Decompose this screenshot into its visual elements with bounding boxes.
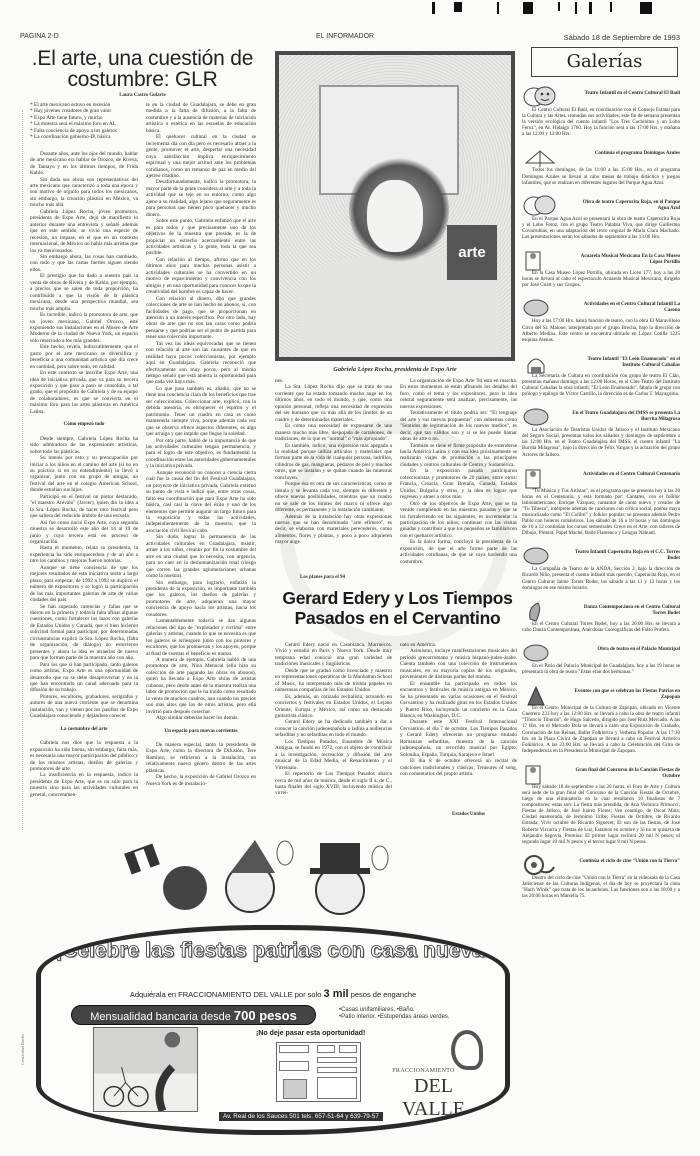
- listing-item: Eventos con que se celebran las Fiestas …: [522, 683, 680, 754]
- listing-text: El Centro Cultural El Baúl, en coordinac…: [522, 107, 680, 137]
- paragraph: El quehacer cultural en la ciudad se inc…: [146, 134, 256, 179]
- listing-text: Hoy sábado 18 de septiembre a las 20 hor…: [522, 784, 680, 845]
- listing-text: Dentro del ciclo de cine "Unión con la T…: [522, 875, 680, 899]
- paragraph: También se tiene el firme propósito de e…: [400, 443, 517, 469]
- galerias-listings: Teatro Infantil en el Centro Cultural El…: [522, 85, 680, 907]
- second-article-column-2: nato en América. Asimismo, incluye manif…: [400, 642, 517, 778]
- paragraph: Así fue como nació Expo Arte, cuya segun…: [30, 520, 138, 546]
- paragraph: Tentativamente el título podría ser: "El…: [400, 410, 517, 442]
- page-header: PAGINA 2-D EL INFORMADOR Sábado 18 de Se…: [20, 33, 680, 47]
- theater-masks-icon: [522, 194, 558, 218]
- second-article-column-1: Gerard Edery nació en Casablanca, Marrue…: [275, 642, 392, 797]
- paragraph: Sin embargo ahora, las cosas han cambiad…: [30, 254, 138, 273]
- building-dome-icon: [522, 351, 558, 375]
- arte-sign: arte: [447, 225, 497, 280]
- feature-line: •Casas unifamiliares. •Baño.: [339, 1007, 450, 1014]
- paragraph: El ensamble ha participado en todos los …: [400, 681, 517, 720]
- paragraph: Desafortunadamente, indicó la promotora,…: [146, 179, 256, 218]
- listing-text: En la Casa Museo López Portillo, ubicada…: [522, 270, 680, 288]
- ad-design-credit: Creatividad Diseño: [20, 1034, 25, 1065]
- folk-dancer-icon: [522, 683, 558, 707]
- bicycle-icon: [94, 1028, 197, 1111]
- listing-item: Actividades en el Centro Cultural Centen…: [522, 466, 680, 537]
- article-headline: .El arte, una cuestión de costumbre: GLR: [30, 48, 255, 90]
- listing-text: La Asociación de Teatristas Unidos de Ja…: [522, 427, 680, 457]
- paragraph: Es increíble, indicó la promotora de art…: [30, 312, 138, 344]
- paragraph: Participó en el festival un pintor desta…: [30, 494, 138, 520]
- listing-item: En el Teatro Guadalajara del IMSS se pre…: [522, 405, 680, 457]
- feature-line: •Patio interior. •Estupendas áreas verde…: [339, 1014, 450, 1021]
- listing-text: La Compañía de Teatro de la ANDA, Secció…: [522, 566, 680, 590]
- listing-text: "Tu Música y Tus Artistas", es el progra…: [522, 488, 680, 537]
- listing-item: Danza Contemporánea en el Centro Cultura…: [522, 599, 680, 633]
- paragraph: Porque ésa es otra de sus característica…: [275, 481, 392, 513]
- paragraph: Por otra parte, habló de la importancia …: [146, 438, 256, 470]
- listing-item: Continúa el ciclo de cine "Unión con la …: [522, 853, 680, 899]
- paragraph: A manera de ejemplo, Gabriela habló de u…: [146, 657, 256, 715]
- fold-dots: [22, 110, 23, 830]
- paragraph: En este contexto se inscribe Expo Arte, …: [30, 370, 138, 415]
- listing-text: La Secretaría de Cultura en coordinación…: [522, 373, 680, 397]
- listing-item: Gran final del Concurso de la Canción Fi…: [522, 762, 680, 845]
- paragraph: Lamentablemente todavía se dan algunas r…: [146, 618, 256, 657]
- paragraph: Es también, indicó, una expresión más ap…: [275, 443, 392, 482]
- logo-title: DEL VALLE: [381, 1075, 486, 1121]
- paragraph: Es como una necesidad de expresarse de u…: [275, 423, 392, 442]
- listing-item: Actividades en el Centro Cultural Infant…: [522, 296, 680, 342]
- listing-text: Hoy a las 17:00 Hrs. habrá función de te…: [522, 318, 680, 342]
- paragraph: Lo que pasa también es, añadió, que no s…: [146, 386, 256, 438]
- paragraph: Desde que se graduó como licenciado y ma…: [275, 668, 392, 694]
- paragraph: Además de la instalación hay otras expre…: [275, 514, 392, 546]
- paragraph: Este hecho, revela, indiscutiblemente, q…: [30, 344, 138, 370]
- paragraph: Con relación al dinero, dijo que grandes…: [146, 296, 256, 341]
- paragraph: La Sra. López Rocha dijo que se trata de…: [275, 384, 392, 423]
- listing-text: Todos los domingos, de las 11:00 a las 1…: [522, 167, 680, 185]
- listing-text: En el Parque Agua Azul se presentará la …: [522, 216, 680, 240]
- monthly-payment-amount: 700 pesos: [234, 1008, 297, 1023]
- real-estate-advertisement: ¡Celebre las fiestas patrias con casa nu…: [36, 925, 510, 1135]
- paragraph: Algo similar deberían hacer los demás.: [146, 715, 256, 721]
- musician-icon: [522, 248, 558, 272]
- paragraph: Es la única forma, concluyó la president…: [400, 539, 517, 565]
- subheading-plans-94: Los planes para el 94: [300, 575, 345, 580]
- page-number: PAGINA 2-D: [20, 33, 59, 40]
- paragraph: Aunque se tiene conciencia de que los me…: [30, 565, 138, 604]
- paragraph: Para los que sí han participado, tanto g…: [30, 662, 138, 694]
- ad-call-to-action: ¡No deje pasar esta oportunidad!: [256, 1030, 365, 1037]
- location-map: [276, 1042, 361, 1102]
- paragraph: Pintores, escultores, grabadores, serigr…: [30, 694, 138, 720]
- subheading: La costumbre del arte: [30, 727, 138, 733]
- newspaper-name: EL INFORMADOR: [316, 33, 374, 40]
- paragraph: Es, además, un cotizado recitalista, act…: [275, 694, 392, 720]
- open-book-icon: [522, 145, 558, 169]
- ad-offer-line: Adquiérala en FRACCIONAMIENTO DEL VALLE …: [41, 988, 505, 1000]
- paragraph: En la exposición pasada participaron col…: [400, 468, 517, 500]
- listing-item: Teatro Infantil en el Centro Cultural El…: [522, 85, 680, 137]
- paragraph: Hasta el momento, relata su presidenta, …: [30, 545, 138, 564]
- paragraph: La organización de Expo Arte '94 está en…: [400, 378, 517, 410]
- ad-down-payment: 3 mil: [324, 988, 349, 1000]
- paragraph: Gerard Edery nació en Casablanca, Marrue…: [275, 642, 392, 668]
- listing-item: Teatro Infantil Caperucita Roja en el C.…: [522, 544, 680, 590]
- theater-masks-icon: [522, 405, 558, 429]
- paragraph: Aunque reconoció no conocer a ciencia ci…: [146, 470, 256, 535]
- paragraph: Con relación al tiempo, afirmó que en lo…: [146, 257, 256, 296]
- theater-masks-icon: [522, 85, 558, 109]
- celebration-illustration: [115, 838, 405, 933]
- paragraph: El repertorio de Los Tiempos Pasados aba…: [275, 771, 392, 797]
- article-column-2: te en la ciudad de Guadalajara, se debe …: [146, 102, 256, 787]
- ad-address-phone: Av. Real de los Sauces 501 tels. 657-51-…: [219, 1112, 383, 1121]
- listing-item: Obra de teatro Caperucita Roja, en el Pa…: [522, 194, 680, 240]
- article-highlights: El arte mexicano estuvo en recesión Hay …: [30, 102, 138, 141]
- listing-text: En el Centro Municipal de la Cultura de …: [522, 705, 680, 754]
- section-title-box: Galerías: [531, 47, 678, 77]
- paragraph: Sin duda sus obras son representativas d…: [30, 177, 138, 209]
- listing-item: Continúa el programa Domingos Azules Tod…: [522, 145, 680, 185]
- swirl-logo-icon: [451, 1030, 483, 1070]
- paragraph: El prestigio que ha dado a nuestro país …: [30, 273, 138, 312]
- photo-figure-face: [367, 180, 423, 252]
- theater-masks-icon: [522, 544, 558, 568]
- listing-item: Acuarela Musical Mexicana En la Casa Mus…: [522, 248, 680, 288]
- paragraph: Tal vez las ideas equivocadas que se tie…: [146, 341, 256, 386]
- paragraph: De manera especial, tanto la presidenta …: [146, 742, 256, 774]
- ad-offer-text: Adquiérala en FRACCIONAMIENTO DEL VALLE …: [130, 990, 322, 999]
- paragraph: Gabriela López Rocha, joven promotora, p…: [30, 209, 138, 254]
- print-registration-marks: [0, 0, 700, 30]
- film-reel-icon: [522, 853, 558, 877]
- issue-date: Sábado 18 de Septiembre de 1993: [564, 33, 680, 42]
- paragraph: te en la ciudad de Guadalajara, se debe …: [146, 102, 256, 134]
- paragraph: Se han superado carencias y fallas que s…: [30, 604, 138, 662]
- paragraph: La insuficiencia en la respuesta, indicó…: [30, 772, 138, 798]
- article-byline: Laura Castro Golarte: [30, 93, 255, 98]
- paragraph: Desde siempre, Gabriela López Rocha ha s…: [30, 436, 138, 455]
- ad-offer-text-end: pesos de enganche: [351, 990, 416, 999]
- paragraph: El día 8 de octubre ofrecerá un recital …: [400, 758, 517, 777]
- photo-caption: Gabriela López Rocha, presidenta de Expo…: [275, 366, 515, 373]
- monthly-payment-banner: Mensualidad bancaria desde 700 pesos: [71, 1005, 316, 1025]
- article-column-4: La organización de Expo Arte '94 está en…: [400, 378, 517, 565]
- paragraph: Durante este XXI Festival Internacional …: [400, 719, 517, 758]
- kids-playing-illustration: [93, 1027, 198, 1112]
- ad-features: •Casas unifamiliares. •Baño. •Patio inte…: [339, 1007, 450, 1021]
- paragraph: Los Tiempos Pasados, Ensamble de Música …: [275, 739, 392, 771]
- paragraph: Sobre este punto, Gabriela enfatizó que …: [146, 218, 256, 257]
- section-title: Galerías: [567, 51, 643, 72]
- subheading: Cómo empezó todo: [30, 422, 138, 428]
- theater-masks-icon: [522, 641, 558, 665]
- ballet-shoe-icon: [522, 599, 558, 623]
- paragraph: Durante años, ante los ojos del mundo, h…: [30, 151, 138, 177]
- paragraph: Sin duda, lograr la permanencia de las a…: [146, 534, 256, 579]
- del-valle-logo: FRACCIONAMIENTO DEL VALLE: [381, 1030, 491, 1110]
- source-credit: Estados Unidos: [452, 812, 485, 817]
- paragraph: Gerard Edery se ha dedicado también a da…: [275, 719, 392, 738]
- ad-headline: ¡Celebre las fiestas patrias con casa nu…: [41, 940, 505, 962]
- article-column-1: El arte mexicano estuvo en recesión Hay …: [30, 102, 138, 798]
- paragraph: Su interés por esto y su preocupación po…: [30, 455, 138, 494]
- musician-icon: [522, 762, 558, 786]
- logo-subtitle: FRACCIONAMIENTO: [381, 1068, 466, 1074]
- musician-icon: [522, 466, 558, 490]
- second-article-headline: Gerard Edery y Los Tiempos Pasados en el…: [275, 588, 520, 628]
- paragraph: De hecho, la exposición de Gabriel Orozc…: [146, 774, 256, 787]
- listing-item: Teatro Infantil "El León Enamorado" en e…: [522, 351, 680, 397]
- paragraph: Asimismo, incluye manifestaciones musica…: [400, 648, 517, 680]
- theater-masks-icon: [522, 296, 558, 320]
- article-column-3: nes. La Sra. López Rocha dijo que se tra…: [275, 378, 392, 546]
- portrait-photo: arte: [275, 51, 515, 361]
- paragraph: Otro de los objetivos de Expo Arte, que …: [400, 501, 517, 540]
- listing-item: Obra de teatro en el Palacio Municipal E…: [522, 641, 680, 675]
- paragraph: Gabriela nos dice que la respuesta a la …: [30, 740, 138, 772]
- subheading: Un espacio para nuevas corrientes: [146, 729, 256, 735]
- paragraph: Sin embargo, para lograrlo, enfatizó la …: [146, 580, 256, 619]
- monthly-payment-label: Mensualidad bancaria desde: [90, 1011, 231, 1023]
